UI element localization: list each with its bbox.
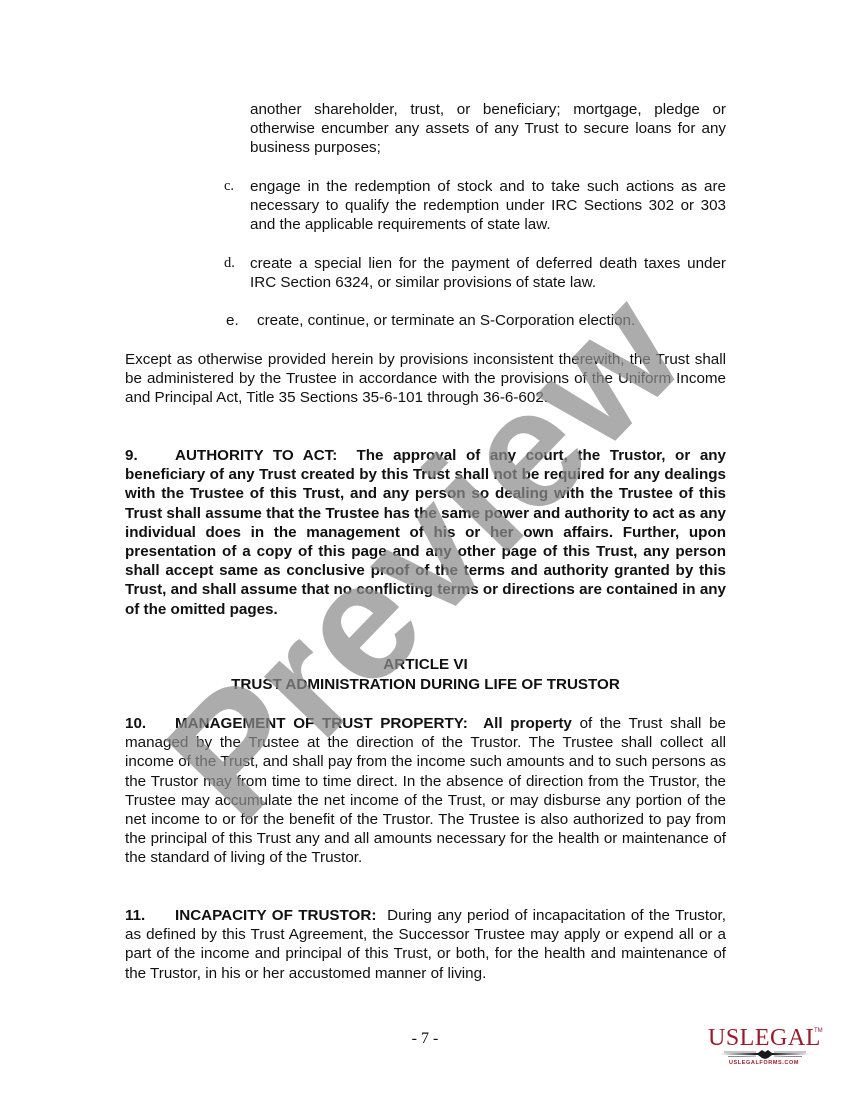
uslegal-logo: USLEGAL TM USLEGALFORMS.COM: [706, 1026, 822, 1068]
section-9-text: The approval of any court, the Trustor, …: [125, 447, 726, 618]
except-paragraph: Except as otherwise provided herein by p…: [125, 350, 726, 408]
logo-url: USLEGALFORMS.COM: [706, 1060, 822, 1066]
section-9: 9.AUTHORITY TO ACT: The approval of any …: [125, 446, 726, 619]
section-10-text: of the Trust shall be managed by the Tru…: [125, 715, 726, 866]
section-10: 10.MANAGEMENT OF TRUST PROPERTY: All pro…: [125, 714, 726, 868]
sub-item-marker-c: c.: [224, 177, 234, 196]
document-page: another shareholder, trust, or beneficia…: [0, 0, 850, 1100]
eagle-wings-icon: [720, 1050, 810, 1059]
sub-item-e: create, continue, or terminate an S-Corp…: [257, 311, 727, 330]
section-11-heading: INCAPACITY OF TRUSTOR:: [175, 907, 376, 924]
section-11: 11.INCAPACITY OF TRUSTOR: During any per…: [125, 906, 726, 983]
section-10-heading: MANAGEMENT OF TRUST PROPERTY:: [175, 715, 468, 732]
logo-trademark: TM: [814, 1028, 823, 1034]
sub-item-marker-d: d.: [224, 254, 235, 273]
continuation-paragraph: another shareholder, trust, or beneficia…: [250, 100, 726, 158]
section-10-number: 10.: [125, 714, 175, 733]
article-title: ARTICLE VI: [125, 655, 726, 675]
section-11-number: 11.: [125, 906, 175, 925]
sub-item-d: create a special lien for the payment of…: [250, 254, 726, 292]
section-10-bold-lead: All property: [483, 715, 572, 732]
article-subtitle: TRUST ADMINISTRATION DURING LIFE OF TRUS…: [125, 675, 726, 695]
logo-wordmark: USLEGAL: [708, 1026, 821, 1050]
section-9-number: 9.: [125, 446, 175, 465]
sub-item-marker-e: e.: [226, 311, 239, 330]
sub-item-c: engage in the redemption of stock and to…: [250, 177, 726, 235]
section-9-heading: AUTHORITY TO ACT:: [175, 447, 337, 464]
